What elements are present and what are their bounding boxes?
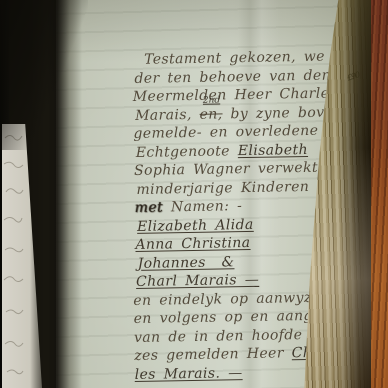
handwriting-segment: Echtgenoote — [136, 143, 238, 161]
edge-ink-mark: £90 — [346, 70, 360, 82]
handwriting-segment: en, — [199, 106, 222, 122]
handwriting-segment: Sophia Wagner verwekte — [134, 160, 327, 179]
handwriting-segment: zes gemelden Heer — [134, 345, 292, 364]
handwriting-segment: Namen: - — [171, 198, 243, 215]
handwriting-segment: Johannes & — [138, 254, 235, 272]
handwriting-segment: Testament gekozen, we — [144, 49, 325, 68]
inserted-correction-text: 2nd — [203, 96, 220, 105]
handwriting-segment: Charl Marais — — [136, 272, 259, 290]
handwriting-segment: Elizabeth Alida — [137, 216, 254, 234]
handwriting-segment: les Marais. — — [135, 365, 243, 383]
handwriting-segment: Meermelden Heer Charles — [133, 85, 337, 105]
handwriting-segment: minderjarige Kinderen — [136, 178, 309, 197]
book-photo-scene: Testament gekozen, weder ten behoeve van… — [0, 0, 388, 388]
handwriting-segment: en eindelyk op aanwyze — [133, 289, 320, 308]
handwriting-segment: met — [135, 199, 172, 216]
manuscript-page: Testament gekozen, weder ten behoeve van… — [56, 0, 350, 388]
handwriting-segment: der ten behoeve van den — [134, 67, 331, 86]
handwriting-segment: gemelde- en overledene — [133, 123, 318, 142]
handwriting-segment: Elisabeth — [238, 141, 308, 158]
top-left-shadow — [0, 0, 88, 150]
handwriting-segment: Anna Christina — [135, 235, 250, 253]
handwriting-segment: Marais, — [135, 106, 200, 123]
handwriting-segment: van de in den hoofde de — [134, 326, 329, 345]
